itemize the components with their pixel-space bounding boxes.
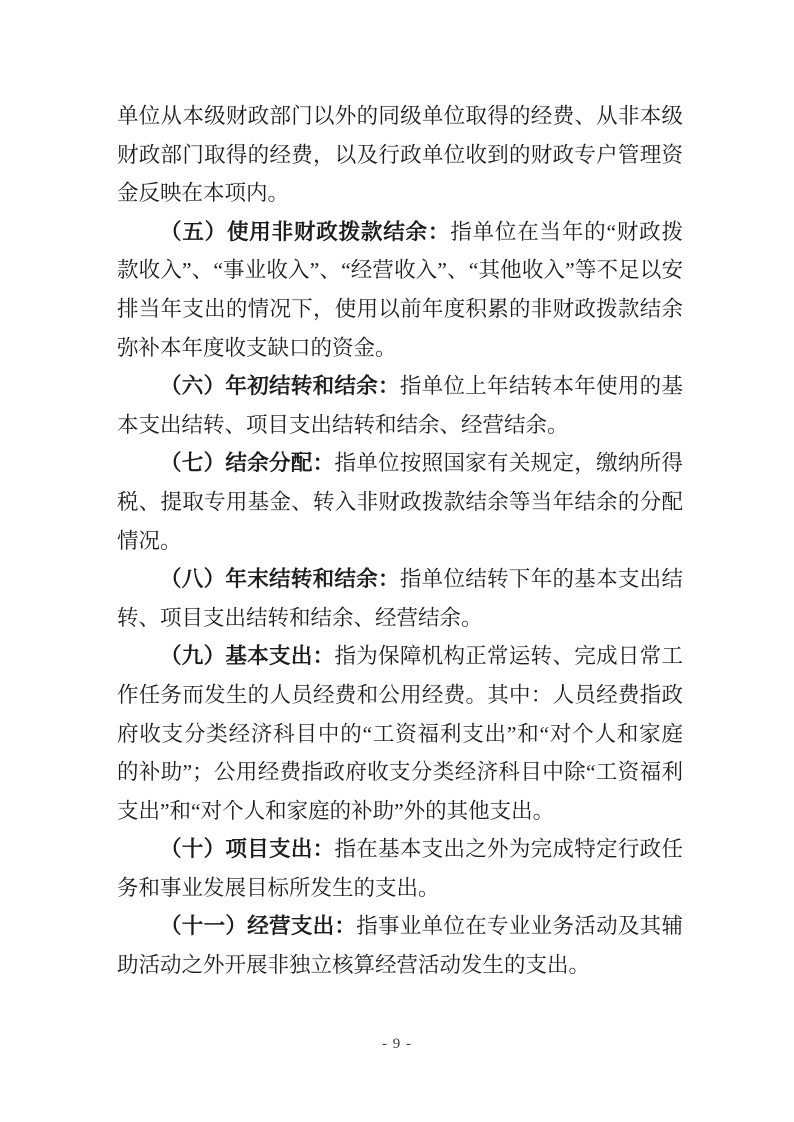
page-number: - 9 - [0,1036,794,1053]
paragraph: （六）年初结转和结余：指单位上年结转本年使用的基本支出结转、项目支出结转和结余、… [117,367,683,444]
term-label: （十）项目支出： [160,837,334,861]
term-label: （九）基本支出： [160,644,334,668]
document-body: 单位从本级财政部门以外的同级单位取得的经费、从非本级财政部门取得的经费，以及行政… [117,97,683,985]
paragraph: （十）项目支出：指在基本支出之外为完成特定行政任务和事业发展目标所发生的支出。 [117,830,683,907]
paragraph: （八）年末结转和结余：指单位结转下年的基本支出结转、项目支出结转和结余、经营结余… [117,560,683,637]
paragraph: （十一）经营支出：指事业单位在专业业务活动及其辅助活动之外开展非独立核算经营活动… [117,907,683,984]
term-label: （八）年末结转和结余： [160,567,400,591]
term-label: （六）年初结转和结余： [160,374,400,398]
paragraph: （七）结余分配：指单位按照国家有关规定，缴纳所得税、提取专用基金、转入非财政拨款… [117,444,683,560]
document-page: 单位从本级财政部门以外的同级单位取得的经费、从非本级财政部门取得的经费，以及行政… [0,0,794,1122]
term-label: （五）使用非财政拨款结余： [160,220,450,244]
term-label: （十一）经营支出： [160,914,356,938]
paragraph: 单位从本级财政部门以外的同级单位取得的经费、从非本级财政部门取得的经费，以及行政… [117,97,683,213]
paragraph: （九）基本支出：指为保障机构正常运转、完成日常工作任务而发生的人员经费和公用经费… [117,637,683,830]
paragraph-text: 单位从本级财政部门以外的同级单位取得的经费、从非本级财政部门取得的经费，以及行政… [117,104,683,205]
paragraph-text: 指为保障机构正常运转、完成日常工作任务而发生的人员经费和公用经费。其中：人员经费… [117,644,683,822]
paragraph: （五）使用非财政拨款结余：指单位在当年的“财政拨款收入”、“事业收入”、“经营收… [117,213,683,367]
term-label: （七）结余分配： [160,451,334,475]
